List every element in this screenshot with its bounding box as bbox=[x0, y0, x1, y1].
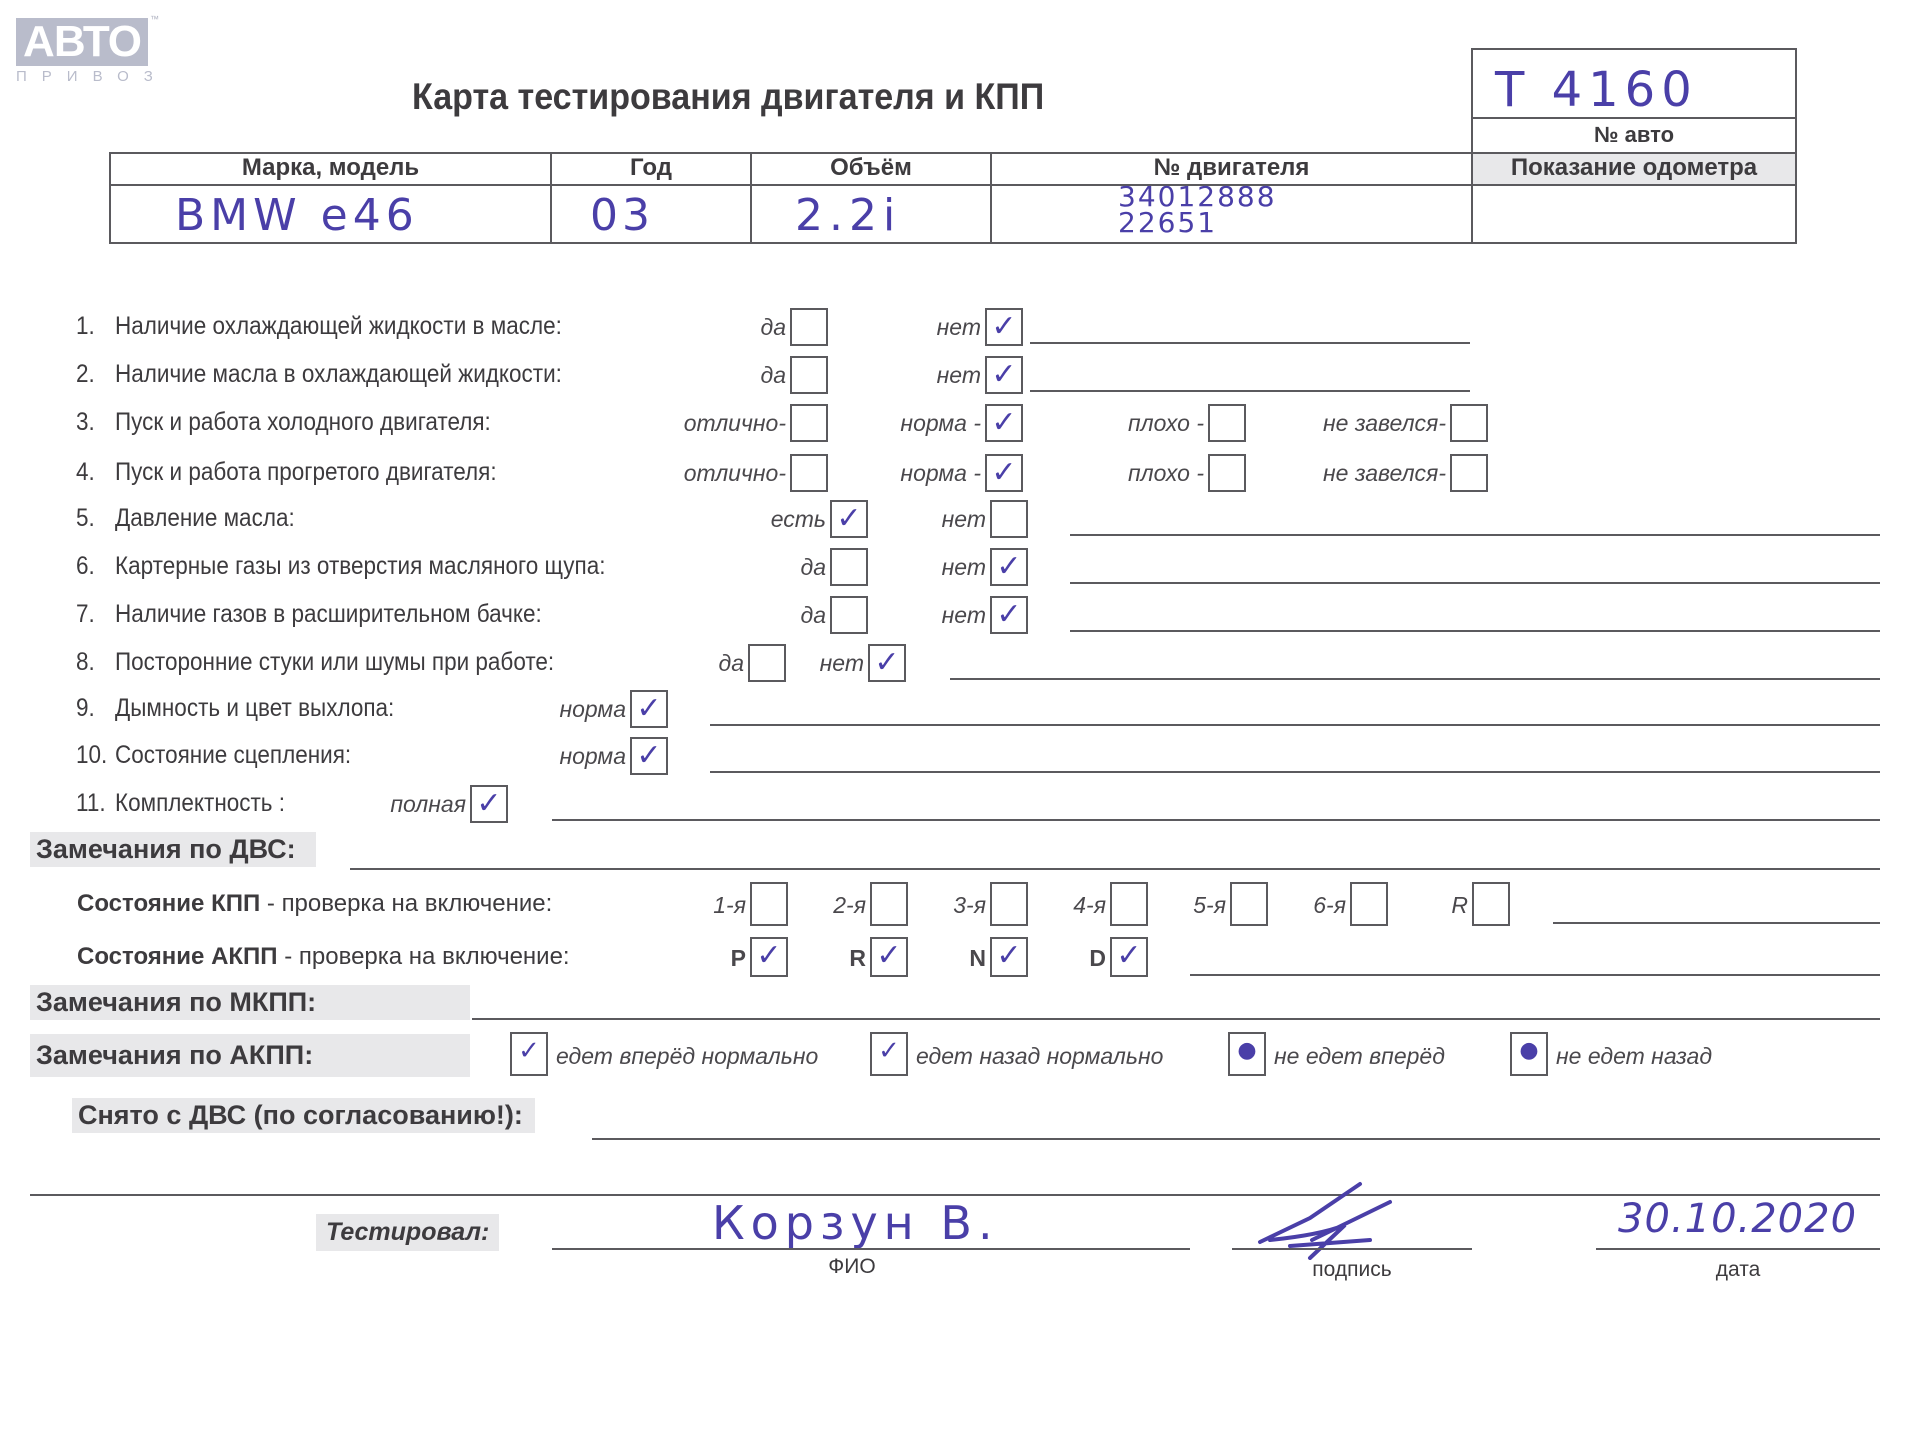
logo: АВТО bbox=[16, 18, 148, 66]
checklist-item-number: 8. bbox=[76, 648, 95, 677]
auto-gear-label: D bbox=[1089, 945, 1106, 972]
notes-field[interactable] bbox=[552, 819, 1880, 821]
auto-remark-label: едет вперёд нормально bbox=[556, 1043, 818, 1070]
remarks-manual-field[interactable] bbox=[472, 1018, 1880, 1020]
gear-checkbox[interactable] bbox=[750, 882, 788, 926]
notes-field[interactable] bbox=[1070, 630, 1880, 632]
checklist-item-number: 5. bbox=[76, 504, 95, 533]
auto-gear-label: P bbox=[731, 945, 746, 972]
option-label: норма - bbox=[900, 460, 981, 487]
remarks-manual-label: Замечания по МКПП: bbox=[30, 985, 470, 1020]
option-label: да bbox=[718, 650, 744, 677]
gear-checkbox[interactable] bbox=[1230, 882, 1268, 926]
option-label: нет bbox=[937, 314, 981, 341]
checklist-item-text: Наличие газов в расширительном бачке: bbox=[115, 600, 542, 629]
odometer-value[interactable] bbox=[1473, 186, 1795, 242]
remarks-engine-field[interactable] bbox=[350, 868, 1880, 870]
checkbox[interactable]: ✓ bbox=[985, 454, 1023, 492]
checklist-item-text: Дымность и цвет выхлопа: bbox=[115, 694, 394, 723]
auto-gear-checkbox[interactable]: ✓ bbox=[990, 937, 1028, 977]
option-label: норма - bbox=[900, 410, 981, 437]
checkbox[interactable]: ✓ bbox=[990, 596, 1028, 634]
removed-field[interactable] bbox=[592, 1138, 1880, 1140]
checkbox[interactable]: ✓ bbox=[985, 308, 1023, 346]
checklist-item-text: Наличие масла в охлаждающей жидкости: bbox=[115, 360, 562, 389]
option-label: плохо - bbox=[1128, 410, 1204, 437]
check-checkbox[interactable]: ✓ bbox=[510, 1032, 548, 1076]
auto-remark-label: не едет вперёд bbox=[1274, 1043, 1445, 1070]
gear-checkbox[interactable] bbox=[870, 882, 908, 926]
option-label: нет bbox=[820, 650, 864, 677]
option-label: не завелся- bbox=[1323, 460, 1446, 487]
name-caption: ФИО bbox=[552, 1255, 1152, 1279]
check-checkbox[interactable]: ✓ bbox=[870, 1032, 908, 1076]
plate-number-value[interactable]: T 4160 bbox=[1495, 62, 1698, 118]
header-odometer: Показание одометра bbox=[1473, 154, 1795, 182]
gear-label: 1-я bbox=[713, 892, 746, 919]
checkbox[interactable] bbox=[790, 308, 828, 346]
checkbox[interactable]: ✓ bbox=[985, 356, 1023, 394]
header-engine-number: № двигателя bbox=[992, 154, 1471, 182]
checkbox[interactable]: ✓ bbox=[985, 404, 1023, 442]
gear-label: 3-я bbox=[953, 892, 986, 919]
checklist-item-number: 2. bbox=[76, 360, 95, 389]
checkbox[interactable]: ✓ bbox=[868, 644, 906, 682]
checklist-item-number: 9. bbox=[76, 694, 95, 723]
option-label: отлично- bbox=[684, 460, 786, 487]
checklist-item-text: Картерные газы из отверстия масляного щу… bbox=[115, 552, 605, 581]
logo-trademark: ™ bbox=[150, 14, 159, 24]
checkbox[interactable] bbox=[830, 548, 868, 586]
auto-remark-label: не едет назад bbox=[1556, 1043, 1712, 1070]
logo-subtitle: ПРИВОЗ bbox=[16, 68, 148, 85]
checklist-item-number: 10. bbox=[76, 741, 107, 770]
gear-label: 6-я bbox=[1313, 892, 1346, 919]
option-label: норма bbox=[559, 696, 626, 723]
plate-number-label: № авто bbox=[1471, 122, 1797, 148]
option-label: плохо - bbox=[1128, 460, 1204, 487]
checklist-item-text: Пуск и работа холодного двигателя: bbox=[115, 408, 491, 437]
checklist-item-text: Наличие охлаждающей жидкости в масле: bbox=[115, 312, 562, 341]
dot-checkbox[interactable]: ● bbox=[1228, 1032, 1266, 1076]
notes-field[interactable] bbox=[1070, 534, 1880, 536]
checklist-item-text: Комплектность : bbox=[115, 789, 285, 818]
checklist-item-number: 7. bbox=[76, 600, 95, 629]
header-year: Год bbox=[552, 154, 750, 182]
auto-gear-label: N bbox=[969, 945, 986, 972]
option-label: не завелся- bbox=[1323, 410, 1446, 437]
checkbox[interactable] bbox=[1450, 454, 1488, 492]
header-volume: Объём bbox=[752, 154, 990, 182]
checkbox[interactable] bbox=[790, 404, 828, 442]
dot-checkbox[interactable]: ● bbox=[1510, 1032, 1548, 1076]
checkbox[interactable] bbox=[790, 454, 828, 492]
option-label: норма bbox=[559, 743, 626, 770]
option-label: да bbox=[800, 602, 826, 629]
test-date[interactable]: 30.10.2020 bbox=[1618, 1196, 1857, 1242]
gear-label: 2-я bbox=[833, 892, 866, 919]
auto-gearbox-label: Состояние АКПП - проверка на включение: bbox=[77, 943, 570, 971]
date-caption: дата bbox=[1596, 1258, 1880, 1282]
auto-remark-label: едет назад нормально bbox=[916, 1043, 1163, 1070]
notes-field[interactable] bbox=[1030, 390, 1470, 392]
checkbox[interactable]: ✓ bbox=[630, 690, 668, 728]
option-label: есть bbox=[771, 506, 826, 533]
notes-field[interactable] bbox=[710, 724, 1880, 726]
checkbox[interactable] bbox=[790, 356, 828, 394]
tested-by-label: Тестировал: bbox=[316, 1214, 499, 1251]
remarks-engine-label: Замечания по ДВС: bbox=[30, 832, 316, 867]
checkbox[interactable]: ✓ bbox=[470, 785, 508, 823]
manual-gearbox-field[interactable] bbox=[1553, 922, 1880, 924]
gear-checkbox[interactable] bbox=[1110, 882, 1148, 926]
checklist-item-number: 6. bbox=[76, 552, 95, 581]
option-label: полная bbox=[390, 791, 466, 818]
remarks-auto-label: Замечания по АКПП: bbox=[30, 1034, 470, 1077]
option-label: нет bbox=[942, 506, 986, 533]
checklist-item-text: Давление масла: bbox=[115, 504, 295, 533]
page-title: Карта тестирования двигателя и КПП bbox=[412, 76, 1044, 118]
checklist-item-text: Пуск и работа прогретого двигателя: bbox=[115, 458, 497, 487]
gear-label: 4-я bbox=[1073, 892, 1106, 919]
checkbox[interactable]: ✓ bbox=[830, 500, 868, 538]
auto-gear-checkbox[interactable]: ✓ bbox=[750, 937, 788, 977]
notes-field[interactable] bbox=[950, 678, 1880, 680]
option-label: нет bbox=[942, 554, 986, 581]
gear-checkbox[interactable] bbox=[1472, 882, 1510, 926]
engine-number-value[interactable]: 34012888 22651 bbox=[1118, 184, 1358, 236]
auto-gearbox-field[interactable] bbox=[1190, 974, 1880, 976]
checkbox[interactable] bbox=[748, 644, 786, 682]
checklist-item-number: 4. bbox=[76, 458, 95, 487]
volume-value[interactable]: 2.2i bbox=[795, 190, 901, 241]
signature-caption: подпись bbox=[1232, 1258, 1472, 1282]
checklist-item-text: Посторонние стуки или шумы при работе: bbox=[115, 648, 554, 677]
auto-gear-checkbox[interactable]: ✓ bbox=[870, 937, 908, 977]
option-label: нет bbox=[942, 602, 986, 629]
gear-label: R bbox=[1451, 892, 1468, 919]
checkbox[interactable]: ✓ bbox=[990, 548, 1028, 586]
year-value[interactable]: 03 bbox=[590, 190, 654, 241]
gear-label: 5-я bbox=[1193, 892, 1226, 919]
option-label: да bbox=[760, 362, 786, 389]
gear-checkbox[interactable] bbox=[1350, 882, 1388, 926]
option-label: да bbox=[800, 554, 826, 581]
notes-field[interactable] bbox=[1070, 582, 1880, 584]
checkbox[interactable] bbox=[1450, 404, 1488, 442]
header-make-model: Марка, модель bbox=[111, 154, 550, 182]
make-model-value[interactable]: BMW e46 bbox=[175, 190, 419, 241]
auto-gear-label: R bbox=[849, 945, 866, 972]
tester-name[interactable]: Корзун В. bbox=[712, 1196, 999, 1250]
checkbox[interactable]: ✓ bbox=[630, 737, 668, 775]
option-label: отлично- bbox=[684, 410, 786, 437]
checklist-item-text: Состояние сцепления: bbox=[115, 741, 351, 770]
notes-field[interactable] bbox=[710, 771, 1880, 773]
checklist-item-number: 1. bbox=[76, 312, 95, 341]
checkbox[interactable] bbox=[830, 596, 868, 634]
option-label: нет bbox=[937, 362, 981, 389]
checklist-item-number: 11. bbox=[76, 789, 106, 818]
gear-checkbox[interactable] bbox=[990, 882, 1028, 926]
checkbox[interactable] bbox=[1208, 404, 1246, 442]
checkbox[interactable] bbox=[990, 500, 1028, 538]
checklist-item-number: 3. bbox=[76, 408, 95, 437]
notes-field[interactable] bbox=[1030, 342, 1470, 344]
option-label: да bbox=[760, 314, 786, 341]
removed-label: Снято с ДВС (по согласованию!): bbox=[72, 1098, 535, 1133]
checkbox[interactable] bbox=[1208, 454, 1246, 492]
manual-gearbox-label: Состояние КПП - проверка на включение: bbox=[77, 890, 552, 918]
auto-gear-checkbox[interactable]: ✓ bbox=[1110, 937, 1148, 977]
